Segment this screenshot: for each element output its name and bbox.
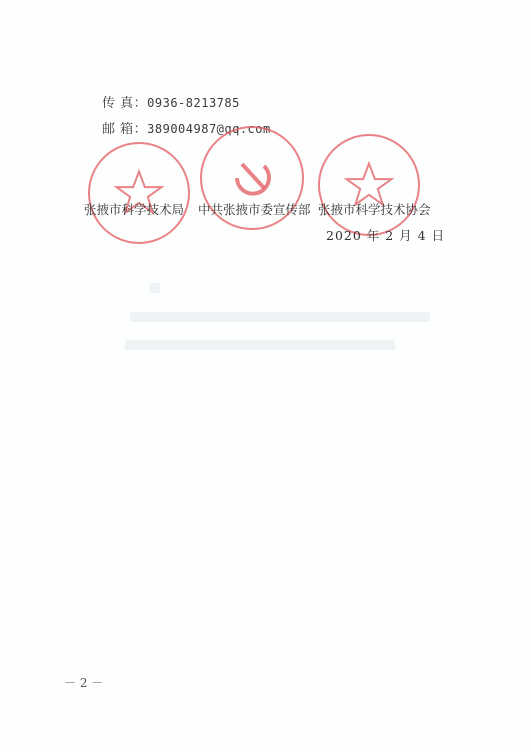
official-seal-science-association [318,134,420,236]
fax-line: 传 真：0936-8213785 [102,92,240,111]
signature-org-1: 张掖市科学技术局 [84,200,184,218]
bleed-through-text [150,283,160,293]
fax-value: 0936-8213785 [147,96,240,110]
page-number: － 2 － [64,674,103,691]
bleed-through-text [125,340,395,350]
signature-org-3: 张掖市科学技术协会 [318,200,431,218]
star-icon [90,144,188,242]
email-label: 邮 箱： [102,122,147,137]
fax-label: 传 真： [102,96,147,111]
document-page: 传 真：0936-8213785 邮 箱：389004987@qq.com 张掖… [0,0,531,752]
official-seal-science-bureau [88,142,190,244]
bleed-through-text [130,312,430,322]
signature-org-2: 中共张掖市委宣传部 [198,200,311,218]
document-date: 2020 年 2 月 4 日 [326,226,445,244]
star-icon [320,136,418,234]
